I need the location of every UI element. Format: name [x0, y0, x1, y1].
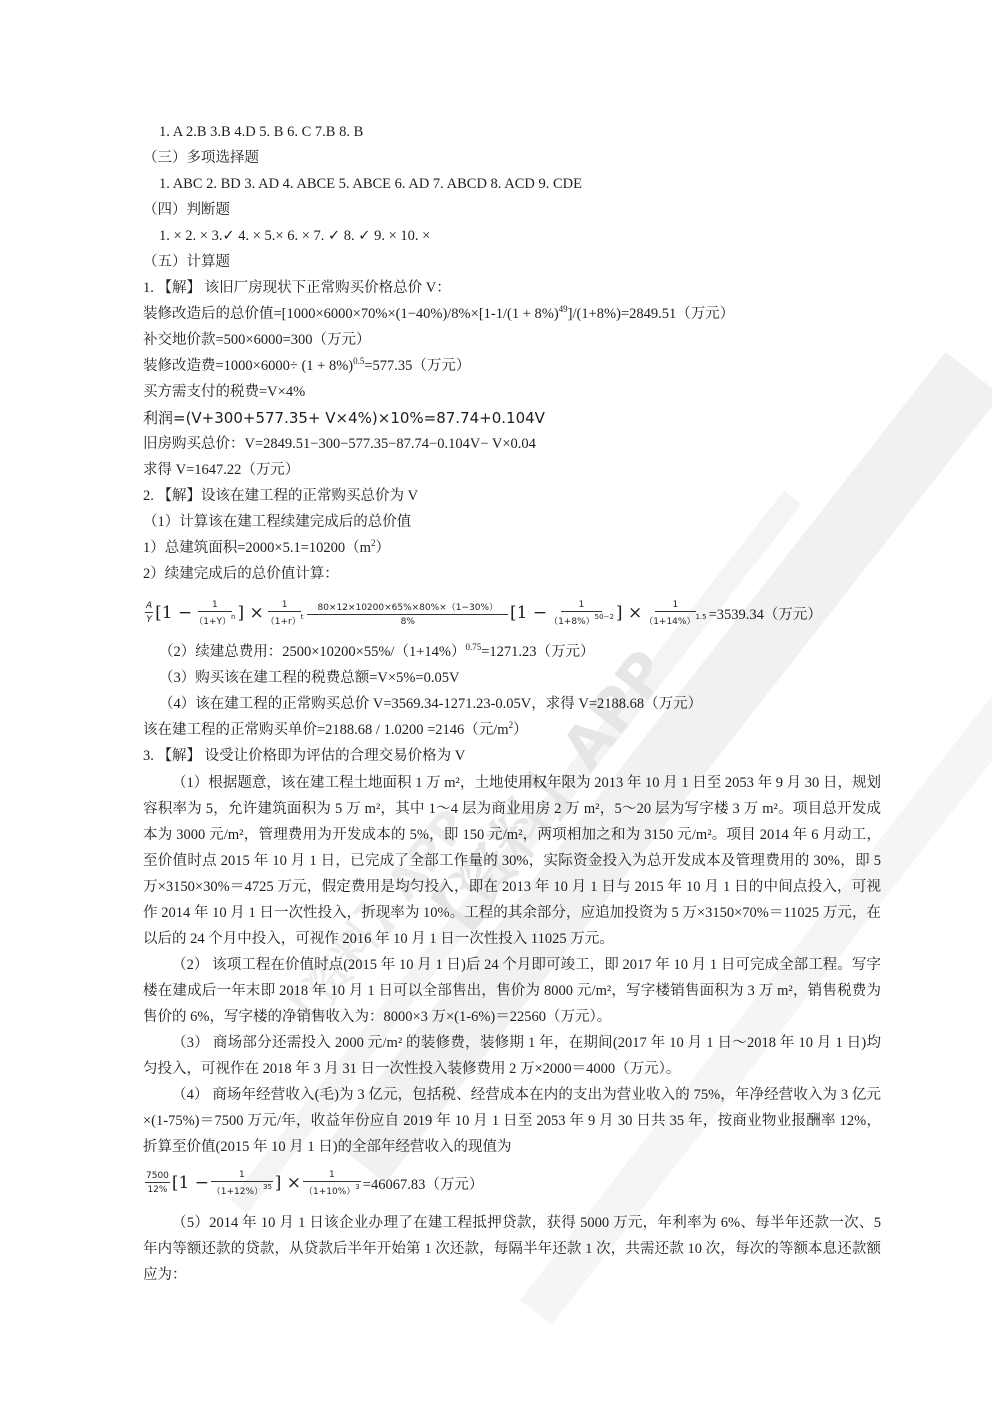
q2-unit-price-text: 该在建工程的正常购买单价=2188.68 / 1.0200 =2146（元/m	[143, 722, 509, 738]
q2-step-1a: 1）总建筑面积=2000×5.1=10200（m2）	[143, 538, 390, 558]
q2-step-1b: 2）续建完成后的总价值计算：	[143, 564, 339, 584]
fraction: 1 （1+8%）50−2	[549, 600, 614, 627]
fraction: 1 （1+14%）1.5	[644, 600, 706, 627]
fraction: 7500 12%	[145, 1171, 170, 1195]
q3-formula: 7500 12% [1 − 1 （1+12%）35 ] × 1 （1+10%）3…	[143, 1163, 483, 1203]
multi-choice-answers: 1. ABC 2. BD 3. AD 4. ABCE 5. ABCE 6. AD…	[159, 174, 582, 194]
q3-paragraph-5: （5）2014 年 10 月 1 日该企业办理了在建工程抵押贷款，获得 5000…	[143, 1210, 881, 1288]
q1-line-5: 利润=(V+300+577.35+ V×4%)×10%=87.74+0.104V	[143, 408, 545, 428]
q2-title: 2. 【解】设该在建工程的正常购买总价为 V	[143, 486, 418, 506]
q2-step-2-result: =1271.23（万元）	[481, 644, 594, 660]
q2-formula-result: =3539.34（万元）	[709, 603, 822, 624]
section-heading-true-false: （四）判断题	[143, 200, 230, 220]
q3-paragraph-3: （3） 商场部分还需投入 2000 元/m² 的装修费，装修期 1 年，在期间(…	[143, 1030, 881, 1082]
exponent: 49	[559, 304, 568, 314]
fraction: 80×12×10200×65%×80%×（1−30%） 8%	[307, 600, 508, 627]
exponent: 0.5	[353, 356, 364, 366]
q3-formula-result: =46067.83（万元）	[363, 1173, 484, 1194]
fraction: 1 （1+r）t	[266, 600, 304, 627]
q3-paragraph-2: （2） 该项工程在价值时点(2015 年 10 月 1 日)后 24 个月即可竣…	[143, 952, 881, 1030]
true-false-answers: 1. × 2. × 3.✓ 4. × 5.× 6. × 7. ✓ 8. ✓ 9.…	[159, 226, 430, 246]
single-choice-answers: 1. A 2.B 3.B 4.D 5. B 6. C 7.B 8. B	[159, 122, 363, 142]
q2-step-2-text: （2）续建总费用：2500×10200×55%/（1+14%）	[159, 644, 465, 660]
q3-title: 3. 【解】 设受让价格即为评估的合理交易价格为 V	[143, 746, 465, 766]
q2-step-2: （2）续建总费用：2500×10200×55%/（1+14%）0.75=1271…	[159, 642, 595, 662]
q2-unit-price-close: ）	[513, 722, 528, 738]
q3-paragraph-1: （1）根据题意，该在建工程土地面积 1 万 m²，土地使用权年限为 2013 年…	[143, 770, 881, 952]
q2-unit-price: 该在建工程的正常购买单价=2188.68 / 1.0200 =2146（元/m2…	[143, 720, 528, 740]
document-page: 1. A 2.B 3.B 4.D 5. B 6. C 7.B 8. B （三）多…	[0, 0, 992, 1403]
q1-line-3: 装修改造费=1000×6000÷ (1 + 8%)0.5=577.35（万元）	[143, 356, 470, 376]
q1-line-6: 旧房购买总价：V=2849.51−300−577.35−87.74−0.104V…	[143, 434, 536, 454]
fraction-a-over-y: A Y	[145, 601, 153, 625]
q1-line-1: 装修改造后的总价值=[1000×6000×70%×(1−40%)/8%×[1-1…	[143, 304, 734, 324]
q2-step-3: （3）购买该在建工程的税费总额=V×5%=0.05V	[159, 668, 459, 688]
q3-paragraph-4: （4） 商场年经营收入(毛)为 3 亿元，包括税、经营成本在内的支出为营业收入的…	[143, 1082, 881, 1160]
q1-title: 1. 【解】 该旧厂房现状下正常购买价格总价 V：	[143, 278, 451, 298]
fraction: 1 （1+Y）n	[194, 600, 235, 627]
q2-formula: A Y [1 − 1 （1+Y）n ] × 1 （1+r）t 80×12×102…	[143, 593, 822, 633]
q1-line-7: 求得 V=1647.22（万元）	[143, 460, 299, 480]
q1-line-1-text: 装修改造后的总价值=[1000×6000×70%×(1−40%)/8%×[1-1…	[143, 306, 559, 322]
q2-step-4: （4）该在建工程的正常购买总价 V=3569.34-1271.23-0.05V，…	[159, 694, 702, 714]
q2-step-1: （1）计算该在建工程续建完成后的总价值	[143, 512, 411, 532]
exponent: 0.75	[465, 642, 481, 652]
q1-line-3-result: =577.35（万元）	[364, 358, 470, 374]
q1-line-2: 补交地价款=500×6000=300（万元）	[143, 330, 371, 350]
fraction: 1 （1+12%）35	[211, 1170, 273, 1197]
q2-step-1a-close: ）	[375, 540, 390, 556]
q1-line-3-text: 装修改造费=1000×6000÷ (1 + 8%)	[143, 358, 353, 374]
section-heading-multi-choice: （三）多项选择题	[143, 148, 259, 168]
section-heading-calculation: （五）计算题	[143, 252, 230, 272]
q1-line-4: 买方需支付的税费=V×4%	[143, 382, 305, 402]
fraction: 1 （1+10%）3	[303, 1170, 361, 1197]
q2-step-1a-text: 1）总建筑面积=2000×5.1=10200（m	[143, 540, 371, 556]
q1-line-1-result: ]/(1+8%)=2849.51（万元）	[568, 306, 735, 322]
